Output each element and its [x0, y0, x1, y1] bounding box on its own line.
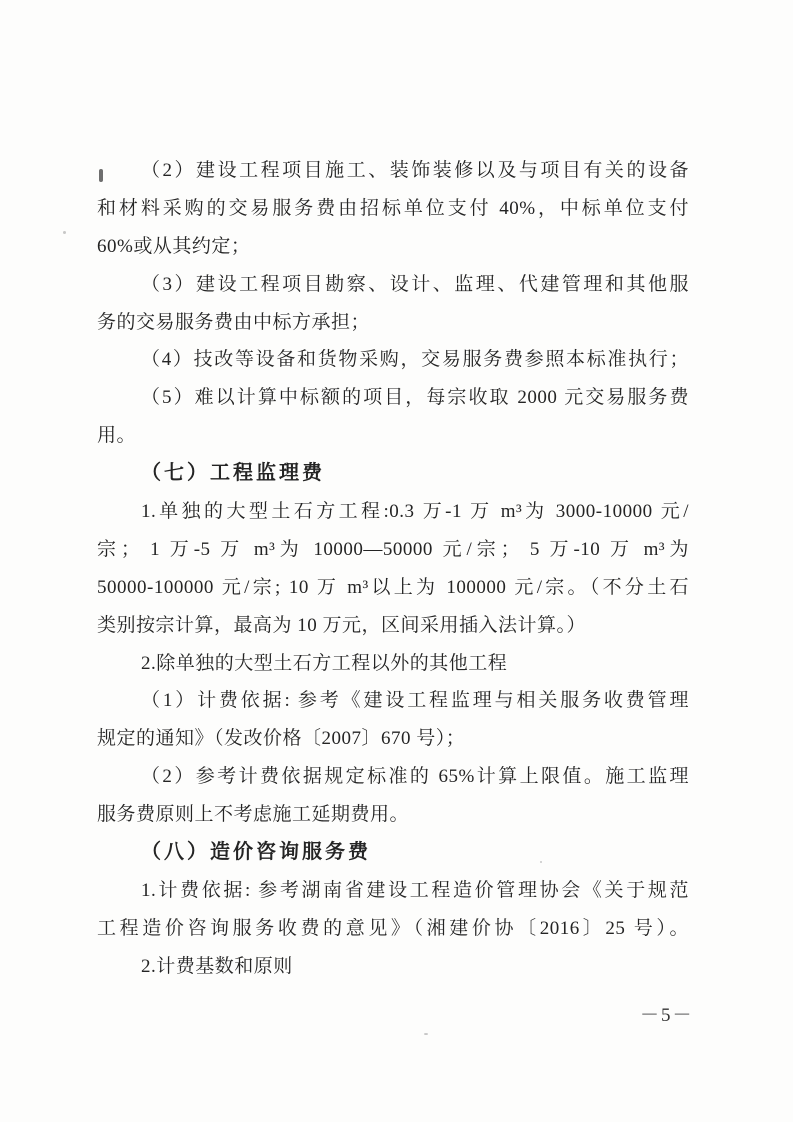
- text-line: 60%或从其约定；: [97, 228, 689, 266]
- text-line: 类别按宗计算，最高为 10 万元，区间采用插入法计算。）: [97, 607, 689, 645]
- page-number: －5－: [640, 1000, 694, 1027]
- text-line: 宗； 1 万-5 万 m³为 10000—50000 元/宗； 5 万-10 万…: [97, 531, 689, 569]
- text-line: （2）建设工程项目施工、装饰装修以及与项目有关的设备: [97, 152, 689, 190]
- text-line: 1.单独的大型土石方工程:0.3 万-1 万 m³为 3000-10000 元/: [97, 493, 689, 531]
- scan-speck: [99, 169, 103, 182]
- scan-speck: [540, 861, 542, 863]
- text-line: 2.除单独的大型土石方工程以外的其他工程: [97, 645, 689, 683]
- section-heading: （八）造价咨询服务费: [97, 834, 689, 872]
- text-line: 和材料采购的交易服务费由招标单位支付 40%，中标单位支付: [97, 190, 689, 228]
- text-line: 1.计费依据: 参考湖南省建设工程造价管理协会《关于规范: [97, 872, 689, 910]
- document-page: （2）建设工程项目施工、装饰装修以及与项目有关的设备和材料采购的交易服务费由招标…: [0, 0, 793, 1122]
- scan-speck: [424, 1033, 428, 1035]
- text-line: 规定的通知》（发改价格〔2007〕670 号）；: [97, 720, 689, 758]
- text-line: 用。: [97, 417, 689, 455]
- text-line: （1）计费依据: 参考《建设工程监理与相关服务收费管理: [97, 682, 689, 720]
- scan-speck: [63, 231, 66, 234]
- text-line: （4）技改等设备和货物采购，交易服务费参照本标准执行；: [97, 341, 689, 379]
- section-heading: （七）工程监理费: [97, 455, 689, 493]
- text-line: （3）建设工程项目勘察、设计、监理、代建管理和其他服: [97, 266, 689, 304]
- text-line: 务的交易服务费由中标方承担；: [97, 304, 689, 342]
- text-line: 工程造价咨询服务收费的意见》（湘建价协〔2016〕25 号）。: [97, 910, 689, 948]
- text-line: （2）参考计费依据规定标准的 65%计算上限值。施工监理: [97, 758, 689, 796]
- text-line: 服务费原则上不考虑施工延期费用。: [97, 796, 689, 834]
- text-line: 50000-100000 元/宗; 10 万 m³以上为 100000 元/宗。…: [97, 569, 689, 607]
- text-line: （5）难以计算中标额的项目，每宗收取 2000 元交易服务费: [97, 379, 689, 417]
- text-line: 2.计费基数和原则: [97, 948, 689, 986]
- document-body: （2）建设工程项目施工、装饰装修以及与项目有关的设备和材料采购的交易服务费由招标…: [97, 152, 689, 986]
